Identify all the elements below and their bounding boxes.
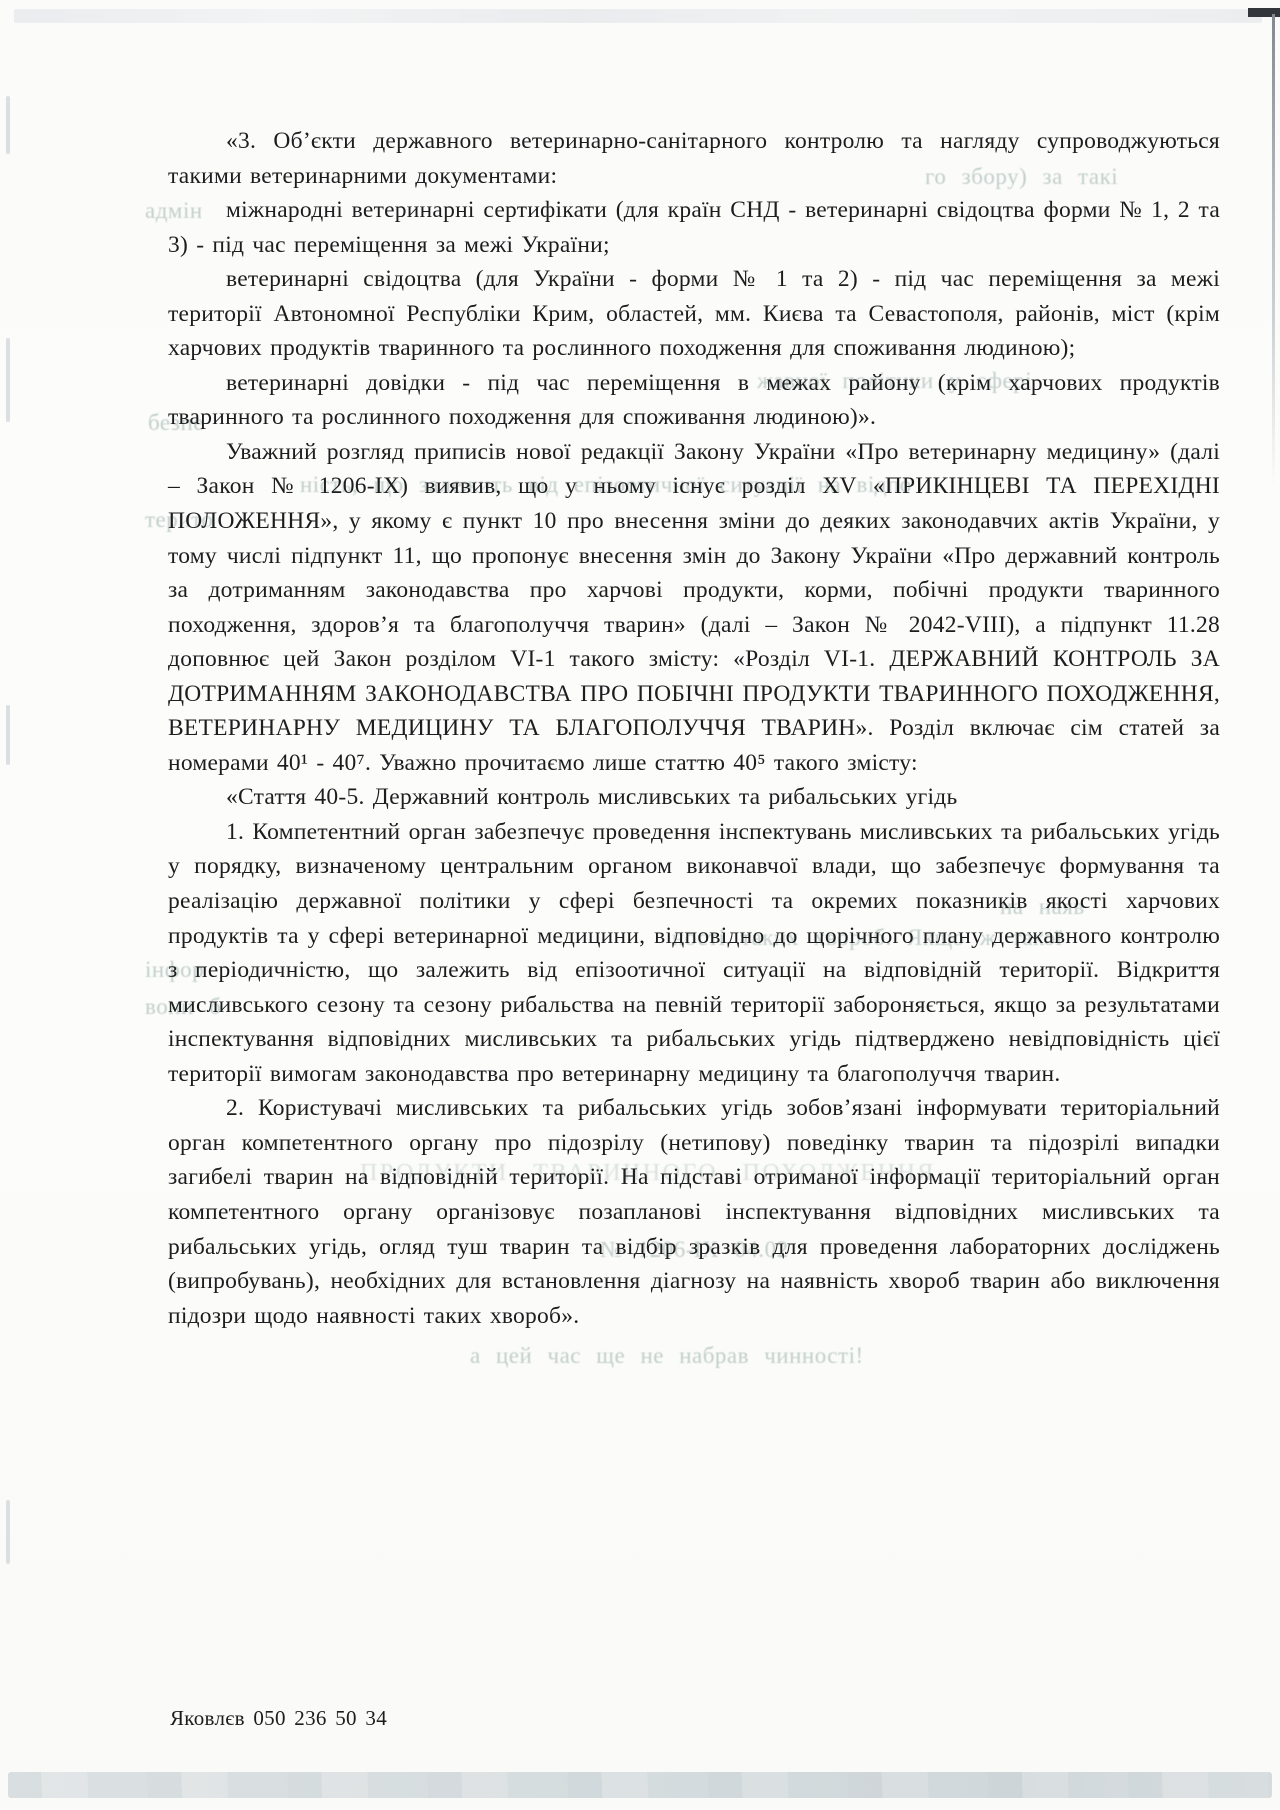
bleed-through-text: а цей час ще не набрав чинності! (470, 1344, 864, 1367)
body-paragraph: ветеринарні довідки - під час переміщенн… (168, 366, 1220, 435)
body-paragraph: 2. Користувачі мисливських та рибальськи… (168, 1091, 1220, 1333)
scanned-document-page: го збору) за такіадмінжавної політики у … (0, 0, 1280, 1810)
body-paragraph: 1. Компетентний орган забезпечує проведе… (168, 815, 1220, 1091)
body-paragraph: міжнародні ветеринарні сертифікати (для … (168, 193, 1220, 262)
body-paragraph: «3. Об’єкти державного ветеринарно-саніт… (168, 124, 1220, 193)
body-paragraph: ветеринарні свідоцтва (для України - фор… (168, 262, 1220, 366)
body-paragraph: Уважний розгляд приписів нової редакції … (168, 435, 1220, 780)
body-paragraph: «Стаття 40-5. Державний контроль мисливс… (168, 780, 1220, 815)
footer-contact: Яковлєв 050 236 50 34 (170, 1706, 387, 1731)
document-body: «3. Об’єкти державного ветеринарно-саніт… (168, 124, 1220, 1333)
